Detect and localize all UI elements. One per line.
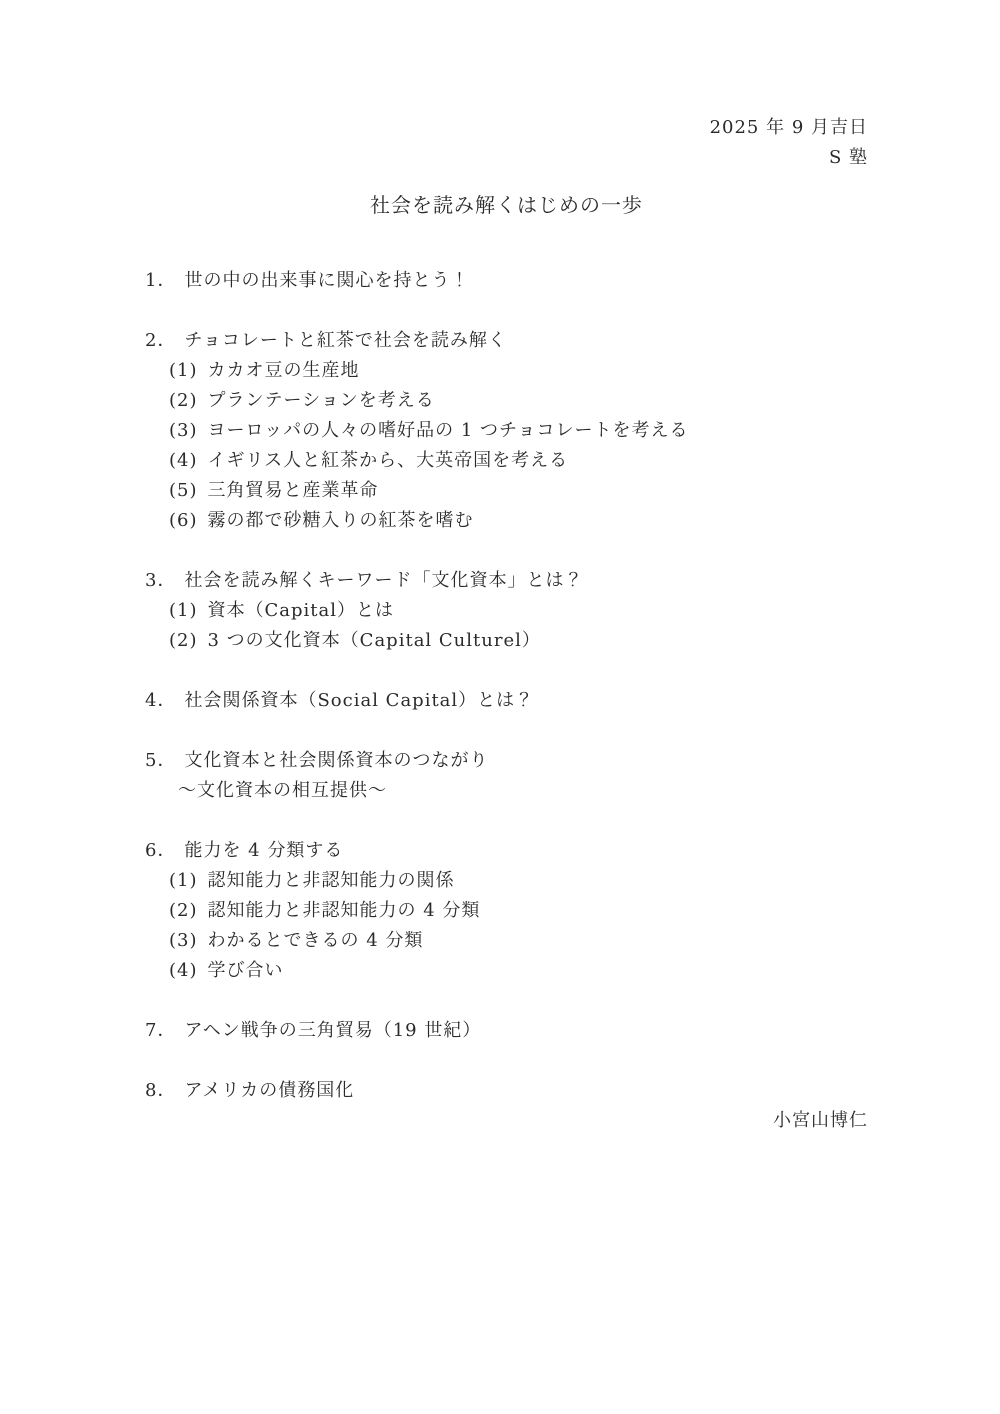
section-title: 文化資本と社会関係資本のつながり [184, 750, 488, 771]
section-heading: 7．アヘン戦争の三角貿易（19 世紀） [145, 1016, 868, 1046]
subitem-number: (6) [169, 510, 198, 531]
subitem: (1)資本（Capital）とは [145, 596, 868, 626]
section-number: 5． [145, 750, 176, 771]
subitem-text: プランテーションを考える [208, 390, 435, 411]
section-7: 7．アヘン戦争の三角貿易（19 世紀） [145, 1016, 868, 1046]
section-number: 2． [145, 330, 176, 351]
section-subtitle: ～文化資本の相互提供～ [145, 776, 868, 806]
section-heading: 6．能力を 4 分類する [145, 836, 868, 866]
section-2: 2．チョコレートと紅茶で社会を読み解く (1)カカオ豆の生産地 (2)プランテー… [145, 326, 868, 536]
document-header: 2025 年 9 月吉日 S 塾 [145, 113, 868, 173]
section-heading: 4．社会関係資本（Social Capital）とは？ [145, 686, 868, 716]
section-heading: 8．アメリカの債務国化 [145, 1076, 868, 1106]
author-name: 小宮山博仁 [145, 1106, 868, 1136]
section-heading: 1．世の中の出来事に関心を持とう！ [145, 266, 868, 296]
section-number: 6． [145, 840, 176, 861]
date-line: 2025 年 9 月吉日 [145, 113, 868, 143]
subitem-text: 資本（Capital）とは [208, 600, 395, 621]
section-title: 世の中の出来事に関心を持とう！ [184, 270, 469, 291]
section-number: 4． [145, 690, 176, 711]
document-body: 1．世の中の出来事に関心を持とう！ 2．チョコレートと紅茶で社会を読み解く (1… [145, 266, 868, 1106]
subitem: (3)ヨーロッパの人々の嗜好品の 1 つチョコレートを考える [145, 416, 868, 446]
section-heading: 5．文化資本と社会関係資本のつながり [145, 746, 868, 776]
subitem-text: カカオ豆の生産地 [208, 360, 360, 381]
section-number: 1． [145, 270, 176, 291]
section-title: 社会関係資本（Social Capital）とは？ [184, 690, 534, 711]
subitem-text: 三角貿易と産業革命 [208, 480, 379, 501]
section-number: 7． [145, 1020, 176, 1041]
subitem: (2)認知能力と非認知能力の 4 分類 [145, 896, 868, 926]
section-4: 4．社会関係資本（Social Capital）とは？ [145, 686, 868, 716]
subitem-number: (4) [169, 450, 198, 471]
subitem-text: 3 つの文化資本（Capital Culturel） [208, 630, 541, 651]
section-5: 5．文化資本と社会関係資本のつながり ～文化資本の相互提供～ [145, 746, 868, 806]
section-8: 8．アメリカの債務国化 [145, 1076, 868, 1106]
subitem: (4)イギリス人と紅茶から、大英帝国を考える [145, 446, 868, 476]
section-title: 能力を 4 分類する [184, 840, 343, 861]
subitem-number: (2) [169, 900, 198, 921]
section-title: アメリカの債務国化 [184, 1080, 354, 1101]
subitem: (1)認知能力と非認知能力の関係 [145, 866, 868, 896]
subitem-number: (1) [169, 600, 198, 621]
section-heading: 2．チョコレートと紅茶で社会を読み解く [145, 326, 868, 356]
subitem: (1)カカオ豆の生産地 [145, 356, 868, 386]
subitem-text: イギリス人と紅茶から、大英帝国を考える [208, 450, 569, 471]
subitem-number: (4) [169, 960, 198, 981]
section-6: 6．能力を 4 分類する (1)認知能力と非認知能力の関係 (2)認知能力と非認… [145, 836, 868, 986]
subitem-number: (3) [169, 420, 198, 441]
subitem-text: 学び合い [208, 960, 284, 981]
organization-line: S 塾 [145, 143, 868, 173]
section-title: チョコレートと紅茶で社会を読み解く [184, 330, 506, 351]
section-number: 8． [145, 1080, 176, 1101]
subitem-number: (5) [169, 480, 198, 501]
subitem-text: 霧の都で砂糖入りの紅茶を嗜む [208, 510, 474, 531]
section-3: 3．社会を読み解くキーワード「文化資本」とは？ (1)資本（Capital）とは… [145, 566, 868, 656]
subitem: (4)学び合い [145, 956, 868, 986]
subitem-number: (1) [169, 360, 198, 381]
subitem: (3)わかるとできるの 4 分類 [145, 926, 868, 956]
subitem: (5)三角貿易と産業革命 [145, 476, 868, 506]
subitem-number: (2) [169, 630, 198, 651]
subitem-text: わかるとできるの 4 分類 [208, 930, 424, 951]
section-heading: 3．社会を読み解くキーワード「文化資本」とは？ [145, 566, 868, 596]
subitem-text: ヨーロッパの人々の嗜好品の 1 つチョコレートを考える [208, 420, 689, 441]
subitem-text: 認知能力と非認知能力の 4 分類 [208, 900, 481, 921]
subitem: (2)3 つの文化資本（Capital Culturel） [145, 626, 868, 656]
document-page: 2025 年 9 月吉日 S 塾 社会を読み解くはじめの一歩 1．世の中の出来事… [0, 0, 1000, 1414]
section-number: 3． [145, 570, 176, 591]
document-title: 社会を読み解くはじめの一歩 [145, 190, 868, 220]
section-title: アヘン戦争の三角貿易（19 世紀） [184, 1020, 481, 1041]
section-title: 社会を読み解くキーワード「文化資本」とは？ [184, 570, 583, 591]
subitem-number: (2) [169, 390, 198, 411]
subitem: (2)プランテーションを考える [145, 386, 868, 416]
subitem-number: (3) [169, 930, 198, 951]
subitem-number: (1) [169, 870, 198, 891]
subitem: (6)霧の都で砂糖入りの紅茶を嗜む [145, 506, 868, 536]
subitem-text: 認知能力と非認知能力の関係 [208, 870, 455, 891]
section-1: 1．世の中の出来事に関心を持とう！ [145, 266, 868, 296]
